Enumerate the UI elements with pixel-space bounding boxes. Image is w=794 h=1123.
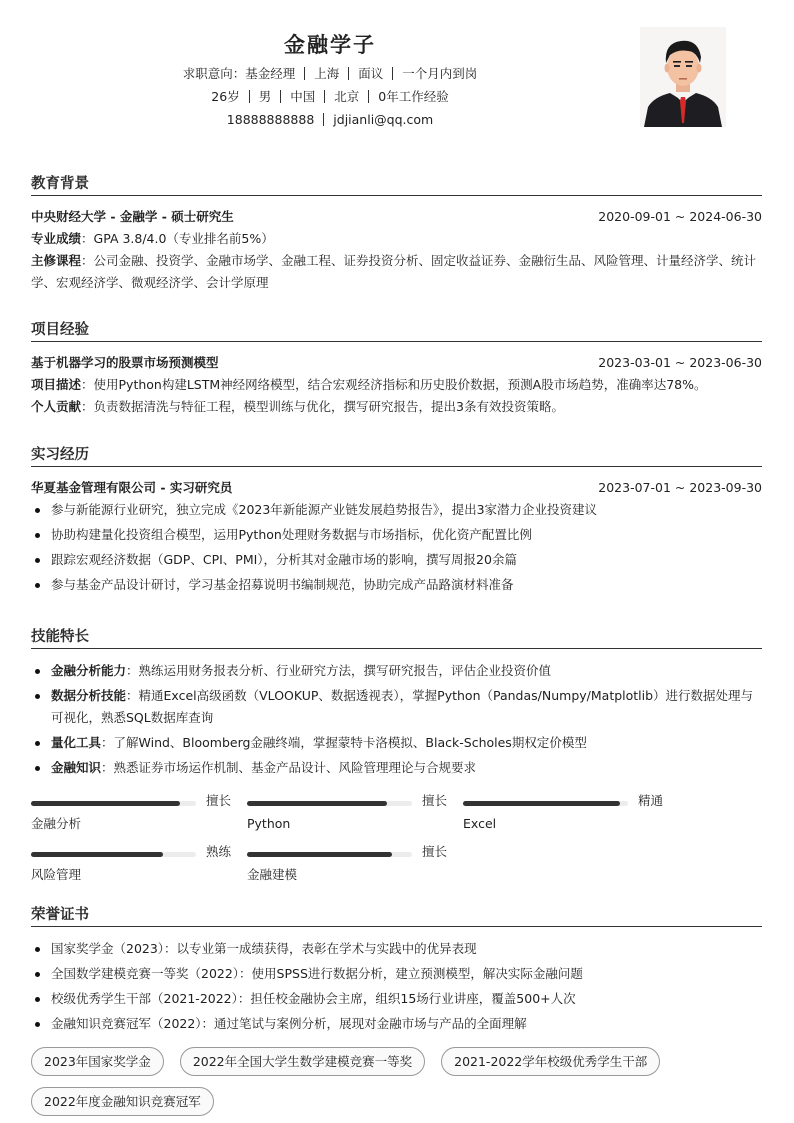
contact-line: 18888888888jdjianli@qq.com xyxy=(0,108,660,131)
skill-text: ：熟练运用财务报表分析、行业研究方法，撰写研究报告，评估企业投资价值 xyxy=(126,663,551,678)
courses-value: ：公司金融、投资学、金融市场学、金融工程、证券投资分析、固定收益证券、金融衍生品… xyxy=(31,253,756,290)
gpa-line: 专业成绩：GPA 3.8/4.0（专业排名前5%） xyxy=(31,228,762,250)
skill-level: 精通 xyxy=(638,793,663,809)
project-contribution-text: ：负责数据清洗与特征工程，模型训练与优化，撰写研究报告，提出3条有效投资策略。 xyxy=(81,399,564,414)
internship-bullets: 参与新能源行业研究，独立完成《2023年新能源产业链发展趋势报告》，提出3家潜力… xyxy=(31,499,762,596)
company-role: 华夏基金管理有限公司 - 实习研究员 xyxy=(31,476,232,499)
skill-bar-item: 擅长 金融分析 xyxy=(31,797,231,837)
skill-level: 熟练 xyxy=(206,844,231,860)
project-description-text: ：使用Python构建LSTM神经网络模型，结合宏观经济指标和历史股价数据，预测… xyxy=(81,377,706,392)
skill-label: 量化工具 xyxy=(51,735,101,750)
skill-label: 金融分析能力 xyxy=(51,663,126,678)
skill-bar-item: 精通 Excel xyxy=(463,797,663,837)
phone: 18888888888 xyxy=(227,112,314,127)
skill-level: 擅长 xyxy=(206,793,231,809)
skill-bar-track xyxy=(31,801,196,806)
list-item: 校级优秀学生干部（2021-2022）：担任校金融协会主席，组织15场行业讲座，… xyxy=(31,988,762,1010)
education-date: 2020-09-01 ~ 2024-06-30 xyxy=(598,205,762,228)
skill-bar-fill xyxy=(247,801,387,806)
skill-bar-fill xyxy=(247,852,392,857)
experience-years: 0年工作经验 xyxy=(378,89,448,104)
honor-tag: 2022年全国大学生数学建模竞赛一等奖 xyxy=(180,1047,425,1076)
salary: 面议 xyxy=(358,66,383,81)
skill-text: ：了解Wind、Bloomberg金融终端，掌握蒙特卡洛模拟、Black-Sch… xyxy=(101,735,587,750)
divider xyxy=(249,90,250,103)
courses-line: 主修课程：公司金融、投资学、金融市场学、金融工程、证券投资分析、固定收益证券、金… xyxy=(31,250,762,294)
honor-tag: 2022年度金融知识竞赛冠军 xyxy=(31,1087,214,1116)
divider xyxy=(368,90,369,103)
education-section: 教育背景 中央财经大学 - 金融学 - 硕士研究生 2020-09-01 ~ 2… xyxy=(31,172,762,294)
internship-section: 实习经历 华夏基金管理有限公司 - 实习研究员 2023-07-01 ~ 202… xyxy=(31,443,762,599)
skill-bar-track xyxy=(463,801,628,806)
skill-text: ：精通Excel高级函数（VLOOKUP、数据透视表），掌握Python（Pan… xyxy=(51,688,753,725)
divider xyxy=(323,113,324,126)
project-name: 基于机器学习的股票市场预测模型 xyxy=(31,351,219,374)
skill-name: Excel xyxy=(463,815,496,833)
skill-bar-item: 熟练 风险管理 xyxy=(31,848,231,888)
nationality: 中国 xyxy=(290,89,315,104)
list-item: 量化工具：了解Wind、Bloomberg金融终端，掌握蒙特卡洛模拟、Black… xyxy=(31,732,762,754)
avatar xyxy=(640,27,726,127)
project-description-label: 项目描述 xyxy=(31,377,81,392)
project-contribution-label: 个人贡献 xyxy=(31,399,81,414)
age: 26岁 xyxy=(211,89,239,104)
skill-bar-fill xyxy=(31,852,163,857)
skill-bar-track xyxy=(247,852,412,857)
divider xyxy=(348,67,349,80)
skill-name: 风险管理 xyxy=(31,866,81,884)
divider xyxy=(280,90,281,103)
skill-name: Python xyxy=(247,815,290,833)
skill-label: 金融知识 xyxy=(51,760,101,775)
list-item: 协助构建量化投资组合模型，运用Python处理财务数据与市场指标，优化资产配置比… xyxy=(31,524,762,546)
skill-text: ：熟悉证券市场运作机制、基金产品设计、风险管理理论与合规要求 xyxy=(101,760,476,775)
skills-section: 技能特长 金融分析能力：熟练运用财务报表分析、行业研究方法，撰写研究报告，评估企… xyxy=(31,625,762,782)
skills-bullets: 金融分析能力：熟练运用财务报表分析、行业研究方法，撰写研究报告，评估企业投资价值… xyxy=(31,660,762,779)
candidate-name: 金融学子 xyxy=(0,28,660,62)
section-title-project: 项目经验 xyxy=(31,318,762,342)
skill-level: 擅长 xyxy=(422,844,447,860)
skill-level: 擅长 xyxy=(422,793,447,809)
skill-name: 金融建模 xyxy=(247,866,297,884)
city: 北京 xyxy=(334,89,359,104)
list-item: 金融知识：熟悉证券市场运作机制、基金产品设计、风险管理理论与合规要求 xyxy=(31,757,762,779)
list-item: 数据分析技能：精通Excel高级函数（VLOOKUP、数据透视表），掌握Pyth… xyxy=(31,685,762,729)
list-item: 全国数学建模竞赛一等奖（2022）：使用SPSS进行数据分析，建立预测模型，解决… xyxy=(31,963,762,985)
skill-bar-track xyxy=(31,852,196,857)
divider xyxy=(324,90,325,103)
courses-label: 主修课程 xyxy=(31,253,81,268)
skill-bar-fill xyxy=(31,801,180,806)
skill-name: 金融分析 xyxy=(31,815,81,833)
gpa-value: ：GPA 3.8/4.0（专业排名前5%） xyxy=(81,231,274,246)
project-description: 项目描述：使用Python构建LSTM神经网络模型，结合宏观经济指标和历史股价数… xyxy=(31,374,762,396)
divider xyxy=(304,67,305,80)
honors-section: 荣誉证书 国家奖学金（2023）：以专业第一成绩获得，表彰在学术与实践中的优异表… xyxy=(31,903,762,1038)
project-contribution: 个人贡献：负责数据清洗与特征工程，模型训练与优化，撰写研究报告，提出3条有效投资… xyxy=(31,396,762,418)
honor-tag: 2023年国家奖学金 xyxy=(31,1047,164,1076)
section-title-internship: 实习经历 xyxy=(31,443,762,467)
list-item: 金融知识竞赛冠军（2022）：通过笔试与案例分析，展现对金融市场与产品的全面理解 xyxy=(31,1013,762,1035)
skill-bar-fill xyxy=(463,801,620,806)
gender: 男 xyxy=(259,89,272,104)
project-date: 2023-03-01 ~ 2023-06-30 xyxy=(598,351,762,374)
email[interactable]: jdjianli@qq.com xyxy=(333,112,433,127)
skill-bar-item: 擅长 金融建模 xyxy=(247,848,447,888)
section-title-education: 教育背景 xyxy=(31,172,762,196)
honor-tags: 2023年国家奖学金 2022年全国大学生数学建模竞赛一等奖 2021-2022… xyxy=(31,1047,771,1116)
school-degree: 中央财经大学 - 金融学 - 硕士研究生 xyxy=(31,205,234,228)
availability: 一个月内到岗 xyxy=(402,66,477,81)
list-item: 参与新能源行业研究，独立完成《2023年新能源产业链发展趋势报告》，提出3家潜力… xyxy=(31,499,762,521)
gpa-label: 专业成绩 xyxy=(31,231,81,246)
honor-tag: 2021-2022学年校级优秀学生干部 xyxy=(441,1047,660,1076)
divider xyxy=(392,67,393,80)
section-title-honors: 荣誉证书 xyxy=(31,903,762,927)
job-intent: 求职意向：基金经理 xyxy=(183,66,296,81)
skill-bar-track xyxy=(247,801,412,806)
honors-bullets: 国家奖学金（2023）：以专业第一成绩获得，表彰在学术与实践中的优异表现 全国数… xyxy=(31,938,762,1035)
resume-header: 金融学子 求职意向：基金经理上海面议一个月内到岗 26岁男中国北京0年工作经验 … xyxy=(0,28,660,131)
project-entry-header: 基于机器学习的股票市场预测模型 2023-03-01 ~ 2023-06-30 xyxy=(31,351,762,374)
basic-info-line: 26岁男中国北京0年工作经验 xyxy=(0,85,660,108)
list-item: 参与基金产品设计研讨，学习基金招募说明书编制规范，协助完成产品路演材料准备 xyxy=(31,574,762,596)
internship-date: 2023-07-01 ~ 2023-09-30 xyxy=(598,476,762,499)
list-item: 跟踪宏观经济数据（GDP、CPI、PMI），分析其对金融市场的影响，撰写周报20… xyxy=(31,549,762,571)
avatar-portrait-icon xyxy=(640,27,726,127)
location: 上海 xyxy=(314,66,339,81)
project-section: 项目经验 基于机器学习的股票市场预测模型 2023-03-01 ~ 2023-0… xyxy=(31,318,762,418)
resume-page: 金融学子 求职意向：基金经理上海面议一个月内到岗 26岁男中国北京0年工作经验 … xyxy=(0,0,794,1123)
section-title-skills: 技能特长 xyxy=(31,625,762,649)
list-item: 金融分析能力：熟练运用财务报表分析、行业研究方法，撰写研究报告，评估企业投资价值 xyxy=(31,660,762,682)
list-item: 国家奖学金（2023）：以专业第一成绩获得，表彰在学术与实践中的优异表现 xyxy=(31,938,762,960)
education-entry-header: 中央财经大学 - 金融学 - 硕士研究生 2020-09-01 ~ 2024-0… xyxy=(31,205,762,228)
internship-entry-header: 华夏基金管理有限公司 - 实习研究员 2023-07-01 ~ 2023-09-… xyxy=(31,476,762,499)
skill-bar-item: 擅长 Python xyxy=(247,797,447,837)
job-intent-line: 求职意向：基金经理上海面议一个月内到岗 xyxy=(0,62,660,85)
skill-label: 数据分析技能 xyxy=(51,688,126,703)
